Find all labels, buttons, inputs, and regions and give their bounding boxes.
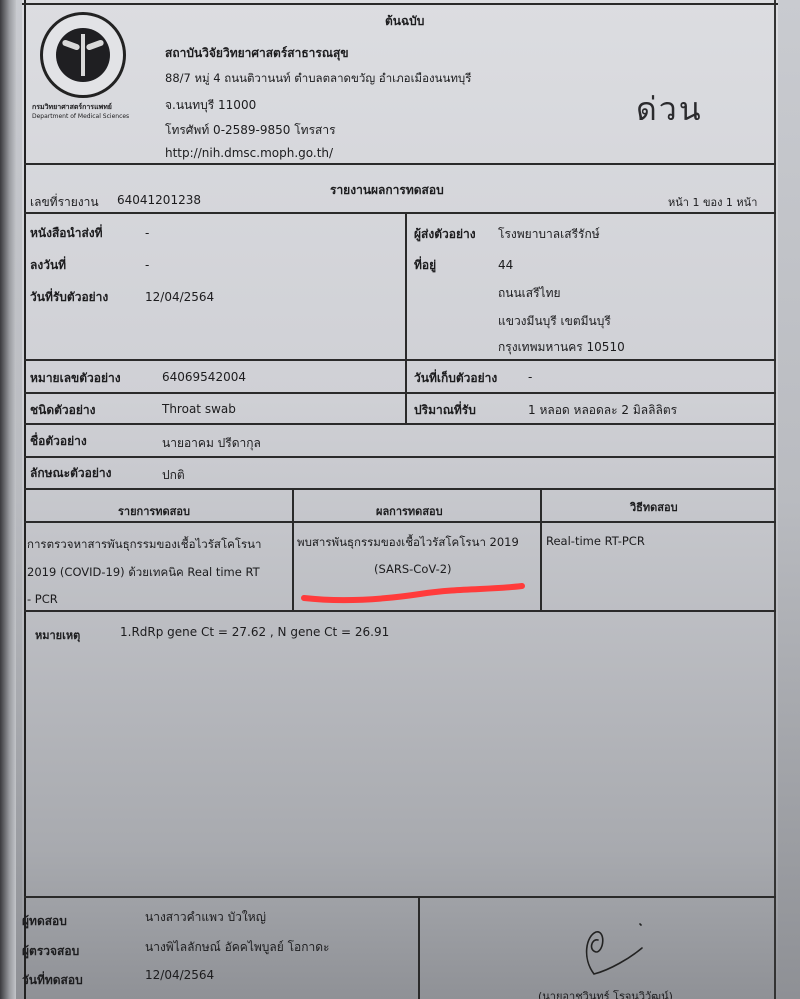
photo-shadow-edge: [0, 0, 16, 999]
header-test-result: ผลการทดสอบ: [376, 502, 443, 520]
collected-date-value: -: [528, 370, 532, 384]
specimen-divider-4: [24, 488, 776, 490]
website-link[interactable]: http://nih.dmsc.moph.go.th/: [165, 146, 333, 160]
report-number: 64041201238: [117, 193, 201, 207]
phone-fax: โทรศัพท์ 0-2589-9850 โทรสาร: [165, 121, 336, 140]
specimen-condition-label: ลักษณะตัวอย่าง: [30, 464, 111, 483]
test-item-line: 2019 (COVID-19) ด้วยเทคนิค Real time RT: [27, 564, 260, 582]
red-highlight-underline: [300, 582, 530, 604]
footer-divider: [24, 896, 776, 898]
ministry-of-public-health-seal-icon: [40, 12, 126, 98]
results-bottom-border: [24, 610, 776, 612]
specimen-id-value: 64069542004: [162, 370, 246, 384]
page-info: หน้า 1 ของ 1 หน้า: [668, 193, 757, 211]
address-line: กรุงเทพมหานคร 10510: [498, 338, 625, 357]
specimen-type-value: Throat swab: [162, 402, 236, 416]
test-date-label: วันที่ทดสอบ: [22, 971, 83, 990]
specimen-divider-3: [24, 456, 776, 458]
tester-label: ผู้ทดสอบ: [22, 912, 67, 931]
address-line: ถนนเสรีไทย: [498, 284, 561, 303]
header-test-method: วิธีทดสอบ: [630, 498, 678, 516]
results-col-divider-2: [540, 489, 542, 611]
specimen-name-value: นายอาคม ปรีดากุล: [162, 434, 261, 453]
specimen-type-label: ชนิดตัวอย่าง: [30, 401, 96, 420]
test-result-line: พบสารพันธุกรรมของเชื้อไวรัสโคโรนา 2019: [297, 534, 519, 552]
title-divider: [24, 212, 776, 214]
quantity-value: 1 หลอด หลอดละ 2 มิลลิลิตร: [528, 401, 677, 420]
copy-label: ต้นฉบับ: [385, 12, 424, 31]
specimen-id-label: หมายเลขตัวอย่าง: [30, 369, 121, 388]
letter-number-value: -: [145, 226, 149, 240]
top-border: [22, 3, 778, 5]
test-date-value: 12/04/2564: [145, 968, 214, 982]
specimen-condition-value: ปกติ: [162, 466, 185, 485]
results-col-divider-1: [292, 489, 294, 611]
footer-column-divider: [418, 897, 420, 999]
collected-date-label: วันที่เก็บตัวอย่าง: [414, 369, 497, 388]
institute-name: สถาบันวิจัยวิทยาศาสตร์สาธารณสุข: [165, 44, 349, 63]
results-header-divider: [24, 521, 776, 523]
dated-value: -: [145, 258, 149, 272]
request-column-divider: [405, 213, 407, 360]
department-name-th: กรมวิทยาศาสตร์การแพทย์: [32, 102, 112, 113]
reviewer-value: นางพิไลลักษณ์ อัคคไพบูลย์ โอกาดะ: [145, 938, 330, 957]
remarks-label: หมายเหตุ: [35, 626, 80, 644]
quantity-label: ปริมาณที่รับ: [414, 401, 476, 420]
signer-name: (นายอาชวินทร์ โรจนวิวัฒน์): [538, 987, 673, 999]
signature-icon: [580, 918, 670, 988]
report-number-label: เลขที่รายงาน: [30, 193, 99, 212]
specimen-name-label: ชื่อตัวอย่าง: [30, 432, 87, 451]
address-line: แขวงมีนบุรี เขตมีนบุรี: [498, 312, 611, 331]
header-test-item: รายการทดสอบ: [118, 502, 190, 520]
test-method: Real-time RT-PCR: [546, 534, 645, 548]
address-line: 44: [498, 258, 513, 272]
received-date-value: 12/04/2564: [145, 290, 214, 304]
sender-value: โรงพยาบาลเสรีรักษ์: [498, 225, 600, 244]
reviewer-label: ผู้ตรวจสอบ: [22, 942, 79, 961]
sender-label: ผู้ส่งตัวอย่าง: [414, 225, 476, 244]
header-divider: [24, 163, 776, 165]
address-label: ที่อยู่: [414, 256, 436, 275]
letter-number-label: หนังสือนำส่งที่: [30, 224, 103, 243]
report-title: รายงานผลการทดสอบ: [330, 181, 444, 200]
address-line-2: จ.นนทบุรี 11000: [165, 96, 256, 115]
specimen-divider-2: [24, 423, 776, 425]
urgent-stamp: ด่วน: [636, 84, 703, 135]
address-line-1: 88/7 หมู่ 4 ถนนติวานนท์ ตำบลตลาดขวัญ อำเ…: [165, 70, 471, 88]
tester-value: นางสาวคำแพว บัวใหญ่: [145, 908, 266, 927]
remarks-text: 1.RdRp gene Ct = 27.62 , N gene Ct = 26.…: [120, 625, 389, 639]
dated-label: ลงวันที่: [30, 256, 66, 275]
department-name-en: Department of Medical Sciences: [32, 113, 129, 120]
test-result-line: (SARS-CoV-2): [374, 562, 452, 576]
request-divider: [24, 359, 776, 361]
test-item-line: - PCR: [27, 592, 58, 606]
test-item-line: การตรวจหาสารพันธุกรรมของเชื้อไวรัสโคโรนา: [27, 536, 262, 554]
received-date-label: วันที่รับตัวอย่าง: [30, 288, 108, 307]
specimen-divider-1: [24, 392, 776, 394]
